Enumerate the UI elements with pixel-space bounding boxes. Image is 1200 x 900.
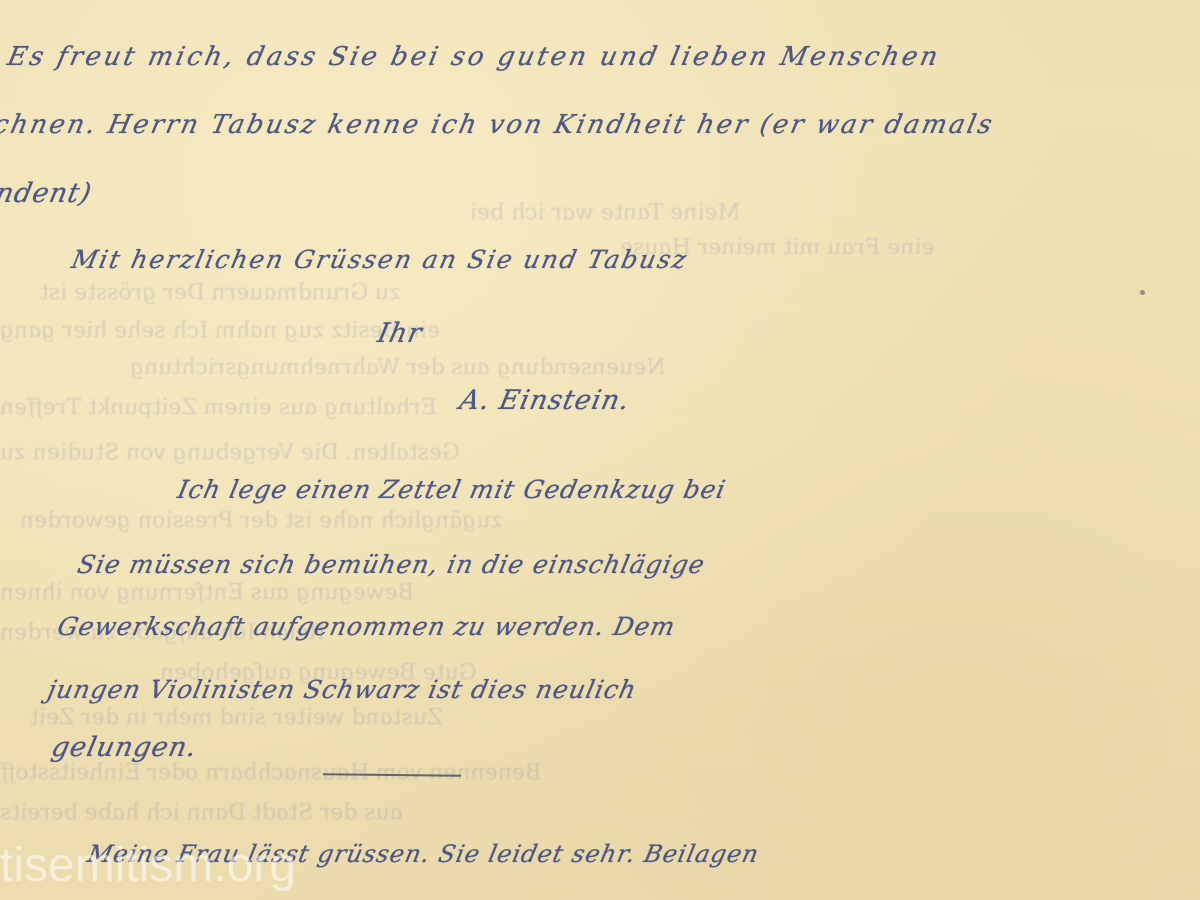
bleed-through-text: zu Grundmauern Der grösste ist [38, 280, 403, 305]
bleed-through-text: Neuensendung aus der Wahrnehmungsrichtun… [128, 355, 668, 380]
bleed-through-text: zugänglich nahe ist der Pression geworde… [18, 508, 505, 533]
letter-page: Meine Tante war ich bei eine Frau mit me… [0, 0, 1200, 900]
bleed-through-text: Benennen vom Hausnachbarn oder Einheitss… [0, 760, 543, 785]
closing-greeting: Mit herzlichen Grüssen an Sie und Tabusz [69, 245, 691, 274]
letter-line-2: chnen. Herrn Tabusz kenne ich von Kindhe… [0, 110, 997, 140]
bleed-through-text: Bewegung aus Entfernung von ihnen [0, 580, 416, 605]
bleed-through-text: Meine Tante war ich bei [468, 200, 742, 225]
letter-line-9: Gewerkschaft aufgenommen zu werden. Dem [55, 612, 678, 641]
letter-line-3: ndent) [0, 178, 95, 209]
ink-speck [1140, 290, 1145, 295]
bleed-through-text: Zustand weiter sind mehr in der Zeit [28, 705, 445, 730]
bleed-through-text: Gestalten. Die Vergebung von Studien zu [0, 440, 462, 465]
closing-ihr: Ihr [375, 318, 426, 349]
bleed-through-text: Erhaltung aus einem Zeitpunkt Treffen [0, 395, 439, 420]
letter-line-1: Es freut mich, dass Sie bei so guten und… [5, 42, 944, 72]
letter-line-8: Sie müssen sich bemühen, in die einschlä… [75, 550, 708, 579]
letter-line-11: gelungen. [49, 732, 201, 763]
letter-line-10: jungen Violinisten Schwarz ist dies neul… [45, 675, 640, 704]
bleed-through-text: aus der Stadt Dann ich habe bereits [0, 800, 405, 825]
signature: A. Einstein. [457, 385, 633, 416]
letter-line-7: Ich lege einen Zettel mit Gedenkzug bei [175, 475, 729, 504]
watermark: tisemitism.org [0, 838, 296, 893]
